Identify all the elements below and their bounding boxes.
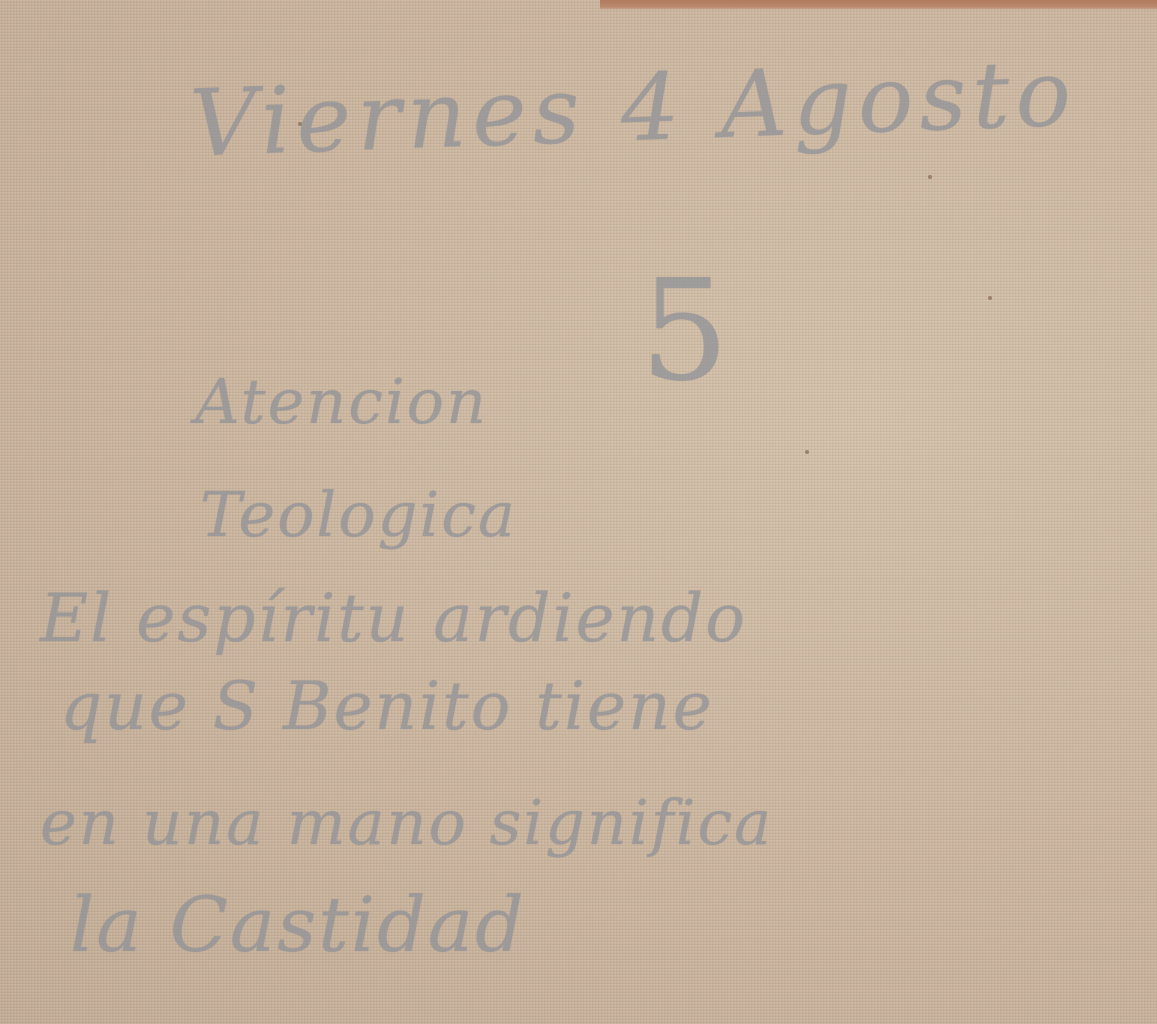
inscription-number: 5 <box>640 250 731 413</box>
inscription-line: El espíritu ardiendo <box>40 580 747 657</box>
inscription-line: que S Benito tiene <box>60 668 714 745</box>
canvas-speck <box>988 296 992 300</box>
inscription-line: en una mano significa <box>40 786 773 859</box>
inscription-line: la Castidad <box>70 880 526 969</box>
inscription-line: Atencion <box>195 365 488 438</box>
canvas-speck <box>805 450 809 454</box>
wooden-frame-edge <box>600 0 1157 10</box>
inscription-line: Teologica <box>200 478 517 551</box>
canvas-speck <box>928 175 932 179</box>
